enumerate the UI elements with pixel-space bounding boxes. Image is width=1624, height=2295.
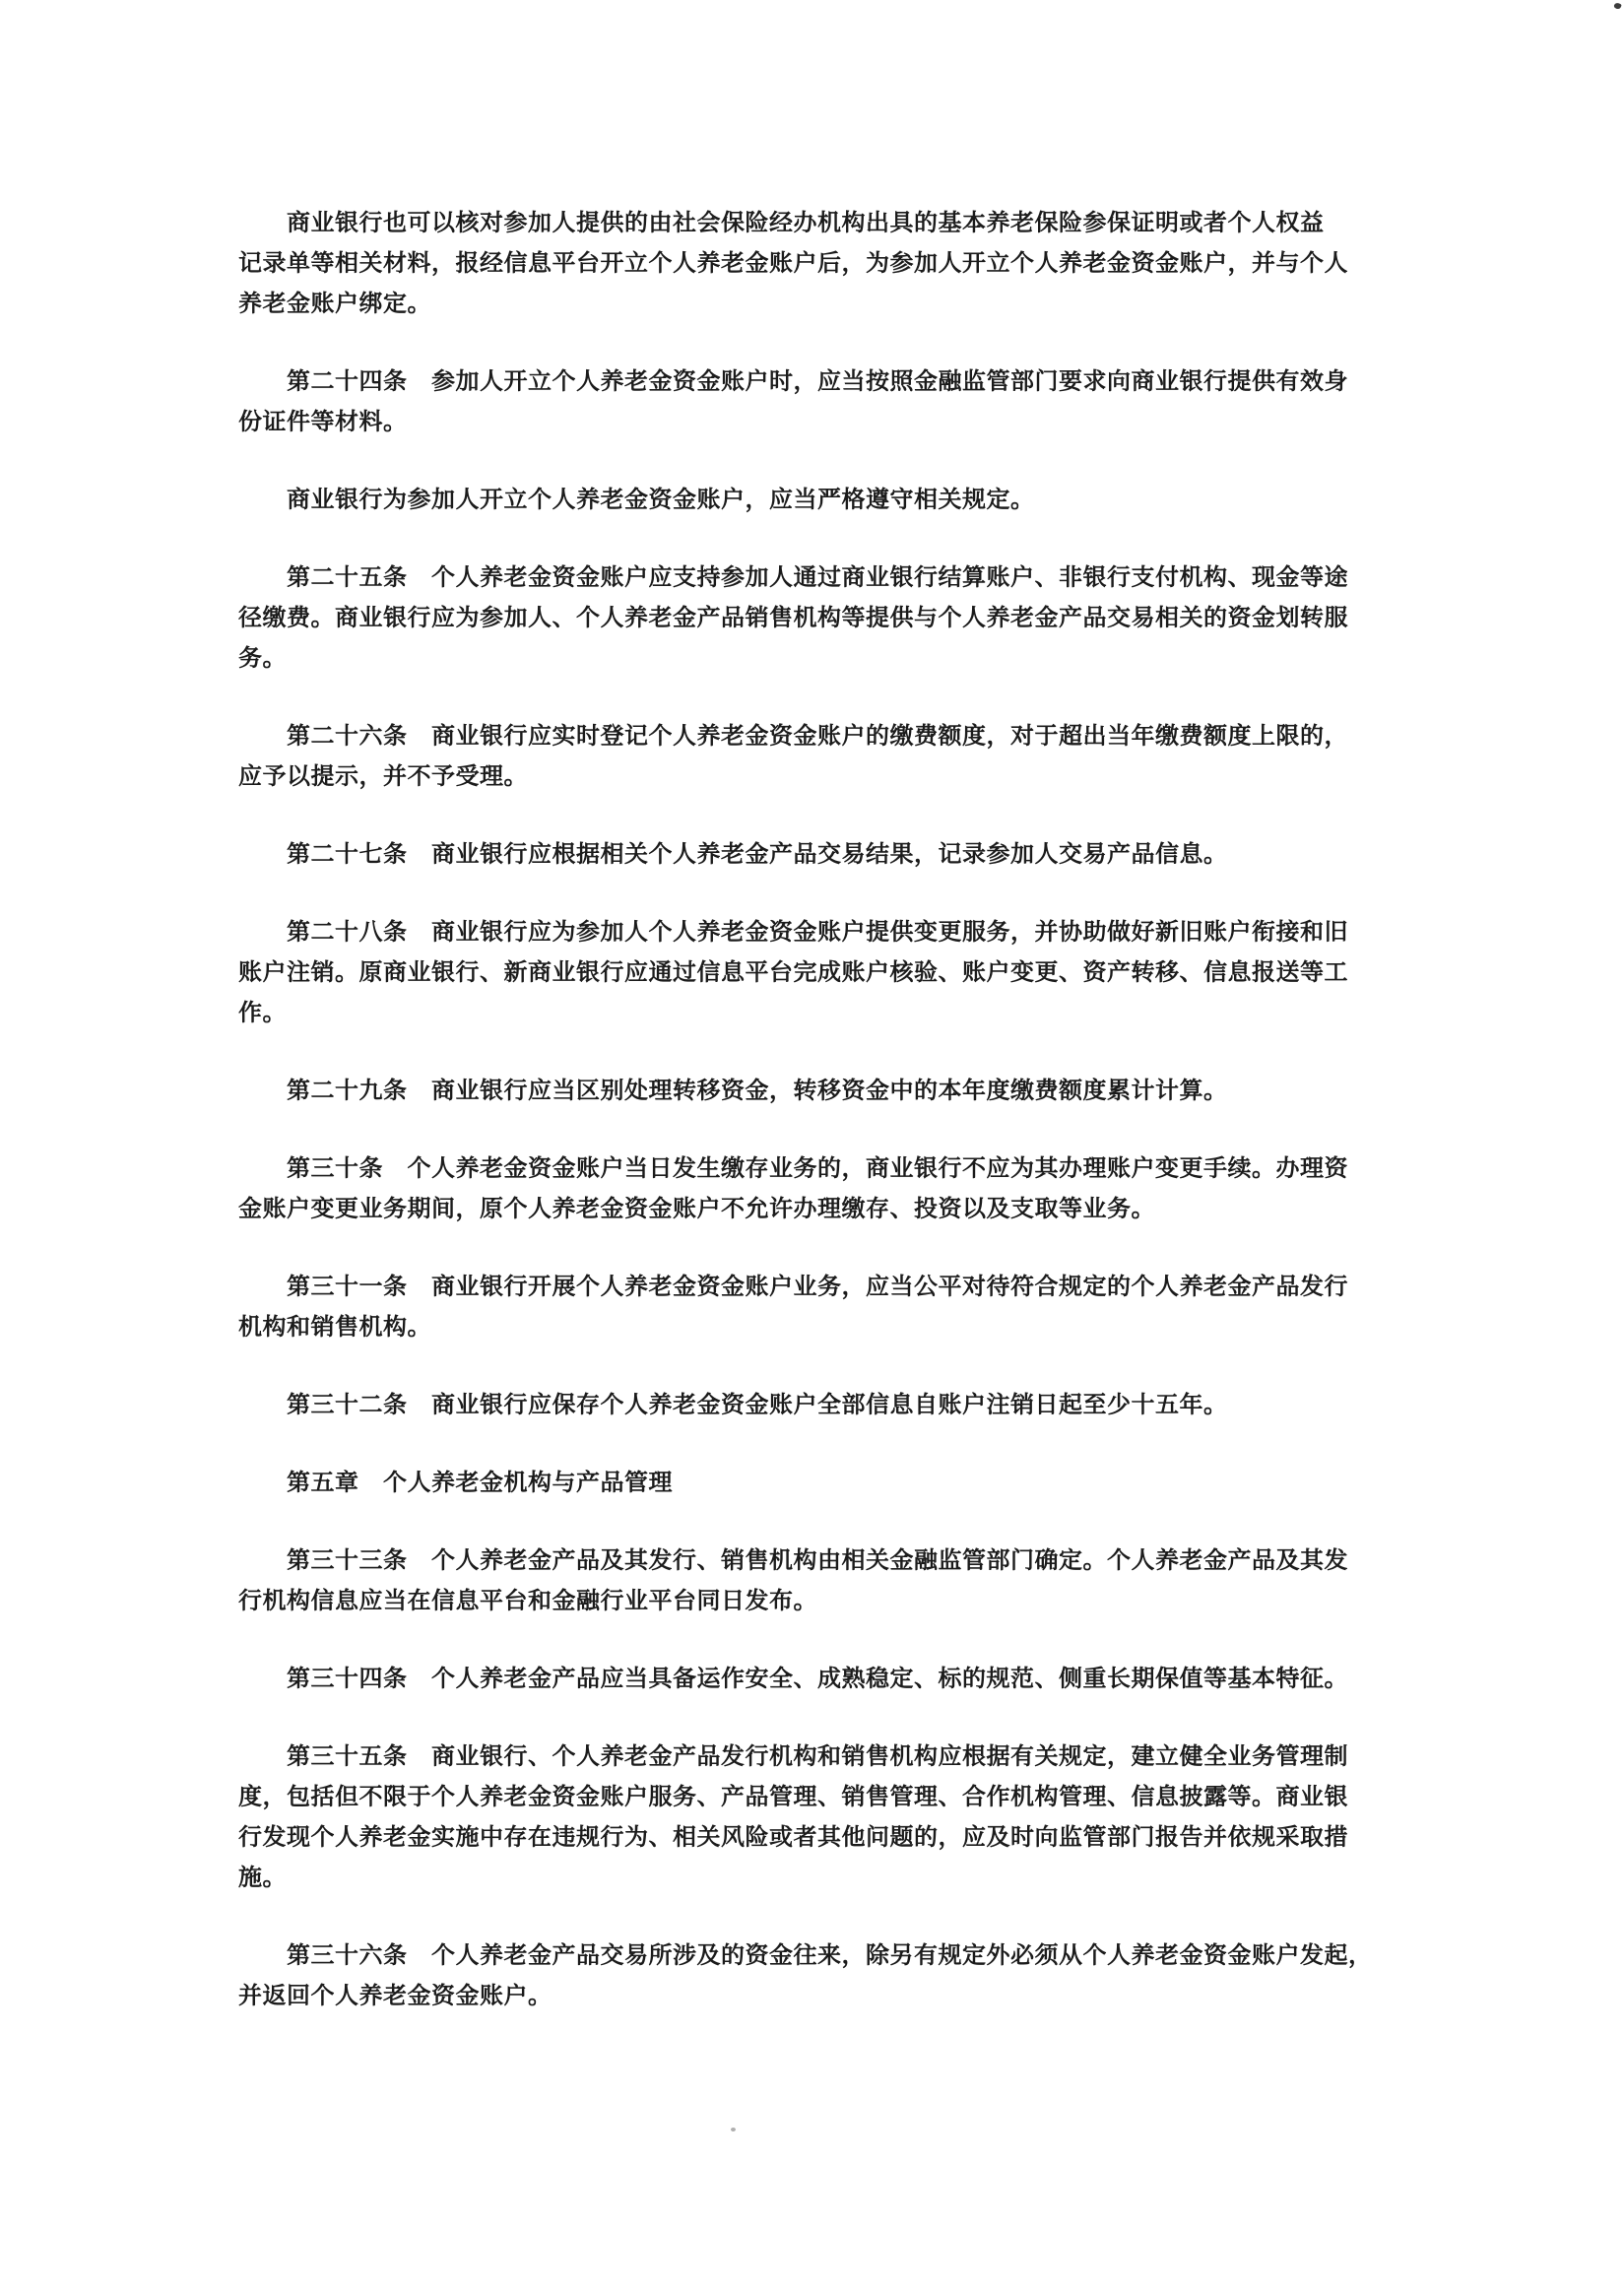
document-page: 商业银行也可以核对参加人提供的由社会保险经办机构出具的基本养老保险参保证明或者个… (0, 0, 1624, 2295)
paragraph-article-28: 第二十八条 商业银行应为参加人个人养老金资金账户提供变更服务，并协助做好新旧账户… (238, 912, 1381, 1033)
chapter-heading: 第五章 个人养老金机构与产品管理 (238, 1463, 1381, 1503)
scan-speck-top-right (1613, 2, 1622, 10)
text-line: 第二十四条 参加人开立个人养老金资金账户时，应当按照金融监管部门要求向商业银行提… (238, 361, 1381, 402)
text-line: 第二十七条 商业银行应根据相关个人养老金产品交易结果，记录参加人交易产品信息。 (238, 834, 1381, 875)
paragraph-article-34: 第三十四条 个人养老金产品应当具备运作安全、成熟稳定、标的规范、侧重长期保值等基… (238, 1659, 1381, 1699)
text-line: 第三十四条 个人养老金产品应当具备运作安全、成熟稳定、标的规范、侧重长期保值等基… (238, 1659, 1381, 1699)
paragraph-article-27: 第二十七条 商业银行应根据相关个人养老金产品交易结果，记录参加人交易产品信息。 (238, 834, 1381, 875)
text-line: 第三十一条 商业银行开展个人养老金资金账户业务，应当公平对待符合规定的个人养老金… (238, 1267, 1381, 1307)
paragraph-article-29: 第二十九条 商业银行应当区别处理转移资金，转移资金中的本年度缴费额度累计计算。 (238, 1071, 1381, 1111)
text-line: 第二十八条 商业银行应为参加人个人养老金资金账户提供变更服务，并协助做好新旧账户… (238, 912, 1381, 952)
paragraph-article-36: 第三十六条 个人养老金产品交易所涉及的资金往来，除另有规定外必须从个人养老金资金… (238, 1935, 1381, 2016)
text-line: 第二十九条 商业银行应当区别处理转移资金，转移资金中的本年度缴费额度累计计算。 (238, 1071, 1381, 1111)
paragraph-article-24-continuation: 商业银行为参加人开立个人养老金资金账户，应当严格遵守相关规定。 (238, 480, 1381, 520)
text-line: 份证件等材料。 (238, 402, 1381, 442)
text-line: 第三十五条 商业银行、个人养老金产品发行机构和销售机构应根据有关规定，建立健全业… (238, 1737, 1381, 1777)
text-line: 行发现个人养老金实施中存在违规行为、相关风险或者其他问题的，应及时向监管部门报告… (238, 1817, 1381, 1858)
text-line: 商业银行也可以核对参加人提供的由社会保险经办机构出具的基本养老保险参保证明或者个… (238, 203, 1381, 243)
paragraph-article-31: 第三十一条 商业银行开展个人养老金资金账户业务，应当公平对待符合规定的个人养老金… (238, 1267, 1381, 1347)
text-line: 商业银行为参加人开立个人养老金资金账户，应当严格遵守相关规定。 (238, 480, 1381, 520)
text-line: 第三十二条 商业银行应保存个人养老金资金账户全部信息自账户注销日起至少十五年。 (238, 1385, 1381, 1425)
text-line: 金账户变更业务期间，原个人养老金资金账户不允许办理缴存、投资以及支取等业务。 (238, 1189, 1381, 1229)
text-line: 施。 (238, 1858, 1381, 1898)
paragraph-article-35: 第三十五条 商业银行、个人养老金产品发行机构和销售机构应根据有关规定，建立健全业… (238, 1737, 1381, 1898)
text-line: 养老金账户绑定。 (238, 284, 1381, 324)
text-line: 账户注销。原商业银行、新商业银行应通过信息平台完成账户核验、账户变更、资产转移、… (238, 952, 1381, 993)
text-line: 第三十六条 个人养老金产品交易所涉及的资金往来，除另有规定外必须从个人养老金资金… (238, 1935, 1381, 1976)
paragraph-article-32: 第三十二条 商业银行应保存个人养老金资金账户全部信息自账户注销日起至少十五年。 (238, 1385, 1381, 1425)
chapter-heading-text: 第五章 个人养老金机构与产品管理 (238, 1463, 1381, 1503)
text-line: 记录单等相关材料，报经信息平台开立个人养老金账户后，为参加人开立个人养老金资金账… (238, 243, 1381, 284)
text-line: 第二十五条 个人养老金资金账户应支持参加人通过商业银行结算账户、非银行支付机构、… (238, 557, 1381, 598)
text-line: 第三十条 个人养老金资金账户当日发生缴存业务的，商业银行不应为其办理账户变更手续… (238, 1148, 1381, 1189)
text-line: 径缴费。商业银行应为参加人、个人养老金产品销售机构等提供与个人养老金产品交易相关… (238, 598, 1381, 638)
text-line: 第三十三条 个人养老金产品及其发行、销售机构由相关金融监管部门确定。个人养老金产… (238, 1541, 1381, 1581)
text-line: 第二十六条 商业银行应实时登记个人养老金资金账户的缴费额度，对于超出当年缴费额度… (238, 716, 1381, 756)
text-line: 机构和销售机构。 (238, 1307, 1381, 1347)
paragraph-article-25: 第二十五条 个人养老金资金账户应支持参加人通过商业银行结算账户、非银行支付机构、… (238, 557, 1381, 679)
text-line: 作。 (238, 993, 1381, 1033)
text-line: 并返回个人养老金资金账户。 (238, 1976, 1381, 2016)
text-line: 行机构信息应当在信息平台和金融行业平台同日发布。 (238, 1581, 1381, 1621)
text-line: 度，包括但不限于个人养老金资金账户服务、产品管理、销售管理、合作机构管理、信息披… (238, 1777, 1381, 1817)
paragraph-article-24: 第二十四条 参加人开立个人养老金资金账户时，应当按照金融监管部门要求向商业银行提… (238, 361, 1381, 442)
paragraph-bank-verify: 商业银行也可以核对参加人提供的由社会保险经办机构出具的基本养老保险参保证明或者个… (238, 203, 1381, 324)
paragraph-article-30: 第三十条 个人养老金资金账户当日发生缴存业务的，商业银行不应为其办理账户变更手续… (238, 1148, 1381, 1229)
text-line: 务。 (238, 638, 1381, 679)
text-line: 应予以提示，并不予受理。 (238, 756, 1381, 797)
document-text-block: 商业银行也可以核对参加人提供的由社会保险经办机构出具的基本养老保险参保证明或者个… (238, 203, 1381, 2054)
paragraph-article-26: 第二十六条 商业银行应实时登记个人养老金资金账户的缴费额度，对于超出当年缴费额度… (238, 716, 1381, 797)
paragraph-article-33: 第三十三条 个人养老金产品及其发行、销售机构由相关金融监管部门确定。个人养老金产… (238, 1541, 1381, 1621)
scan-speck-bottom-center (731, 2128, 736, 2131)
